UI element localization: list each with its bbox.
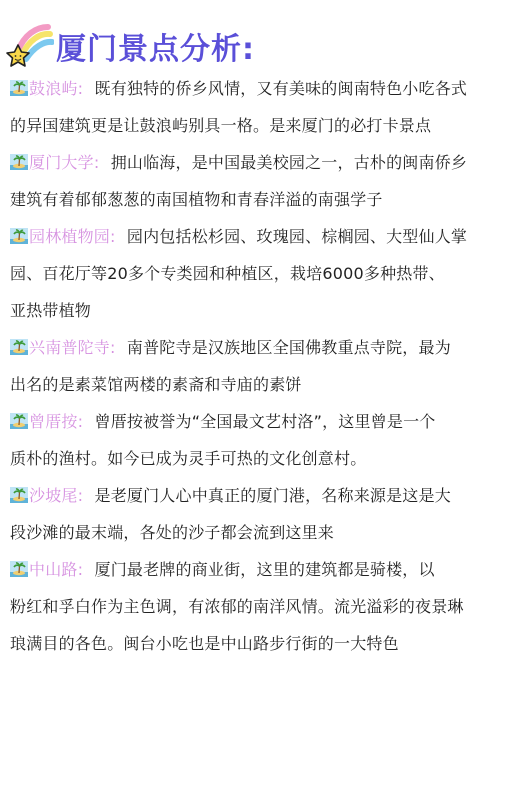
place-name: 园林植物园 — [29, 227, 110, 246]
attraction-zhongshan-road: 中山路: 厦门最老牌的商业街，这里的建筑都是骑楼，以 粉红和孚白作为主色调，有浓… — [10, 551, 505, 662]
desert-island-icon — [10, 220, 28, 236]
line: 段沙滩的最末端，各处的沙子都会流到这里来 — [10, 523, 334, 542]
line: 拥山临海，是中国最美校园之一，古朴的闽南侨乡 — [111, 153, 467, 172]
place-name: 鼓浪屿 — [29, 79, 78, 98]
desert-island-icon — [10, 405, 28, 421]
line: 粉红和孚白作为主色调，有浓郁的南洋风情。流光溢彩的夜景琳 — [10, 597, 464, 616]
page-header: 厦门景点分析: — [4, 20, 255, 72]
desert-island-icon — [10, 479, 28, 495]
place-name: 曾厝按 — [29, 412, 78, 431]
place-colon: : — [78, 79, 84, 98]
place-colon: : — [110, 227, 116, 246]
line: 亚热带植物 — [10, 301, 91, 320]
place-colon: : — [78, 560, 84, 579]
line: 园内包括松杉园、玫瑰园、棕榈园、大型仙人掌 — [127, 227, 467, 246]
place-colon: : — [78, 486, 84, 505]
place-name: 沙坡尾 — [29, 486, 78, 505]
attraction-shapowei: 沙坡尾: 是老厦门人心中真正的厦门港，名称来源是这是大 段沙滩的最末端，各处的沙… — [10, 477, 505, 551]
line: 南普陀寺是汉族地区全国佛教重点寺院，最为 — [127, 338, 451, 357]
place-name: 厦门大学 — [29, 153, 94, 172]
desert-island-icon — [10, 553, 28, 569]
desert-island-icon — [10, 331, 28, 347]
page-title: 厦门景点分析: — [56, 24, 255, 68]
place-name: 兴南普陀寺 — [29, 338, 110, 357]
place-colon: : — [94, 153, 100, 172]
line: 质朴的渔村。如今已成为灵手可热的文化创意村。 — [10, 449, 366, 468]
line: 出名的是素菜馆两楼的素斋和寺庙的素饼 — [10, 375, 302, 394]
place-name: 中山路 — [29, 560, 78, 579]
attraction-gulangyu: 鼓浪屿: 既有独特的侨乡风情，又有美味的闽南特色小吃各式 的异国建筑更是让鼓浪屿… — [10, 70, 505, 144]
line: 既有独特的侨乡风情，又有美味的闽南特色小吃各式 — [95, 79, 468, 98]
line: 的异国建筑更是让鼓浪屿别具一格。是来厦门的必打卡景点 — [10, 116, 431, 135]
desert-island-icon — [10, 146, 28, 162]
attraction-botanical-garden: 园林植物园: 园内包括松杉园、玫瑰园、棕榈园、大型仙人掌 园、百花厅等20多个专… — [10, 218, 505, 329]
attractions-list: 鼓浪屿: 既有独特的侨乡风情，又有美味的闽南特色小吃各式 的异国建筑更是让鼓浪屿… — [10, 70, 505, 662]
place-colon: : — [110, 338, 116, 357]
place-colon: : — [78, 412, 84, 431]
line: 是老厦门人心中真正的厦门港，名称来源是这是大 — [95, 486, 451, 505]
attraction-xiamen-university: 厦门大学: 拥山临海，是中国最美校园之一，古朴的闽南侨乡 建筑有着郁郁葱葱的南国… — [10, 144, 505, 218]
shooting-star-icon — [4, 21, 54, 71]
line: 曾厝按被誉为“全国最文艺村洛”，这里曾是一个 — [95, 412, 436, 431]
desert-island-icon — [10, 72, 28, 88]
line: 建筑有着郁郁葱葱的南国植物和青春洋溢的南强学子 — [10, 190, 383, 209]
line: 厦门最老牌的商业街，这里的建筑都是骑楼，以 — [95, 560, 435, 579]
attraction-zengcuoan: 曾厝按: 曾厝按被誉为“全国最文艺村洛”，这里曾是一个 质朴的渔村。如今已成为灵… — [10, 403, 505, 477]
line: 琅满目的各色。闽台小吃也是中山路步行街的一大特色 — [10, 634, 399, 653]
line: 园、百花厅等20多个专类园和种植区，栽培6000多种热带、 — [10, 264, 445, 283]
attraction-nanputuo-temple: 兴南普陀寺: 南普陀寺是汉族地区全国佛教重点寺院，最为 出名的是素菜馆两楼的素斋… — [10, 329, 505, 403]
